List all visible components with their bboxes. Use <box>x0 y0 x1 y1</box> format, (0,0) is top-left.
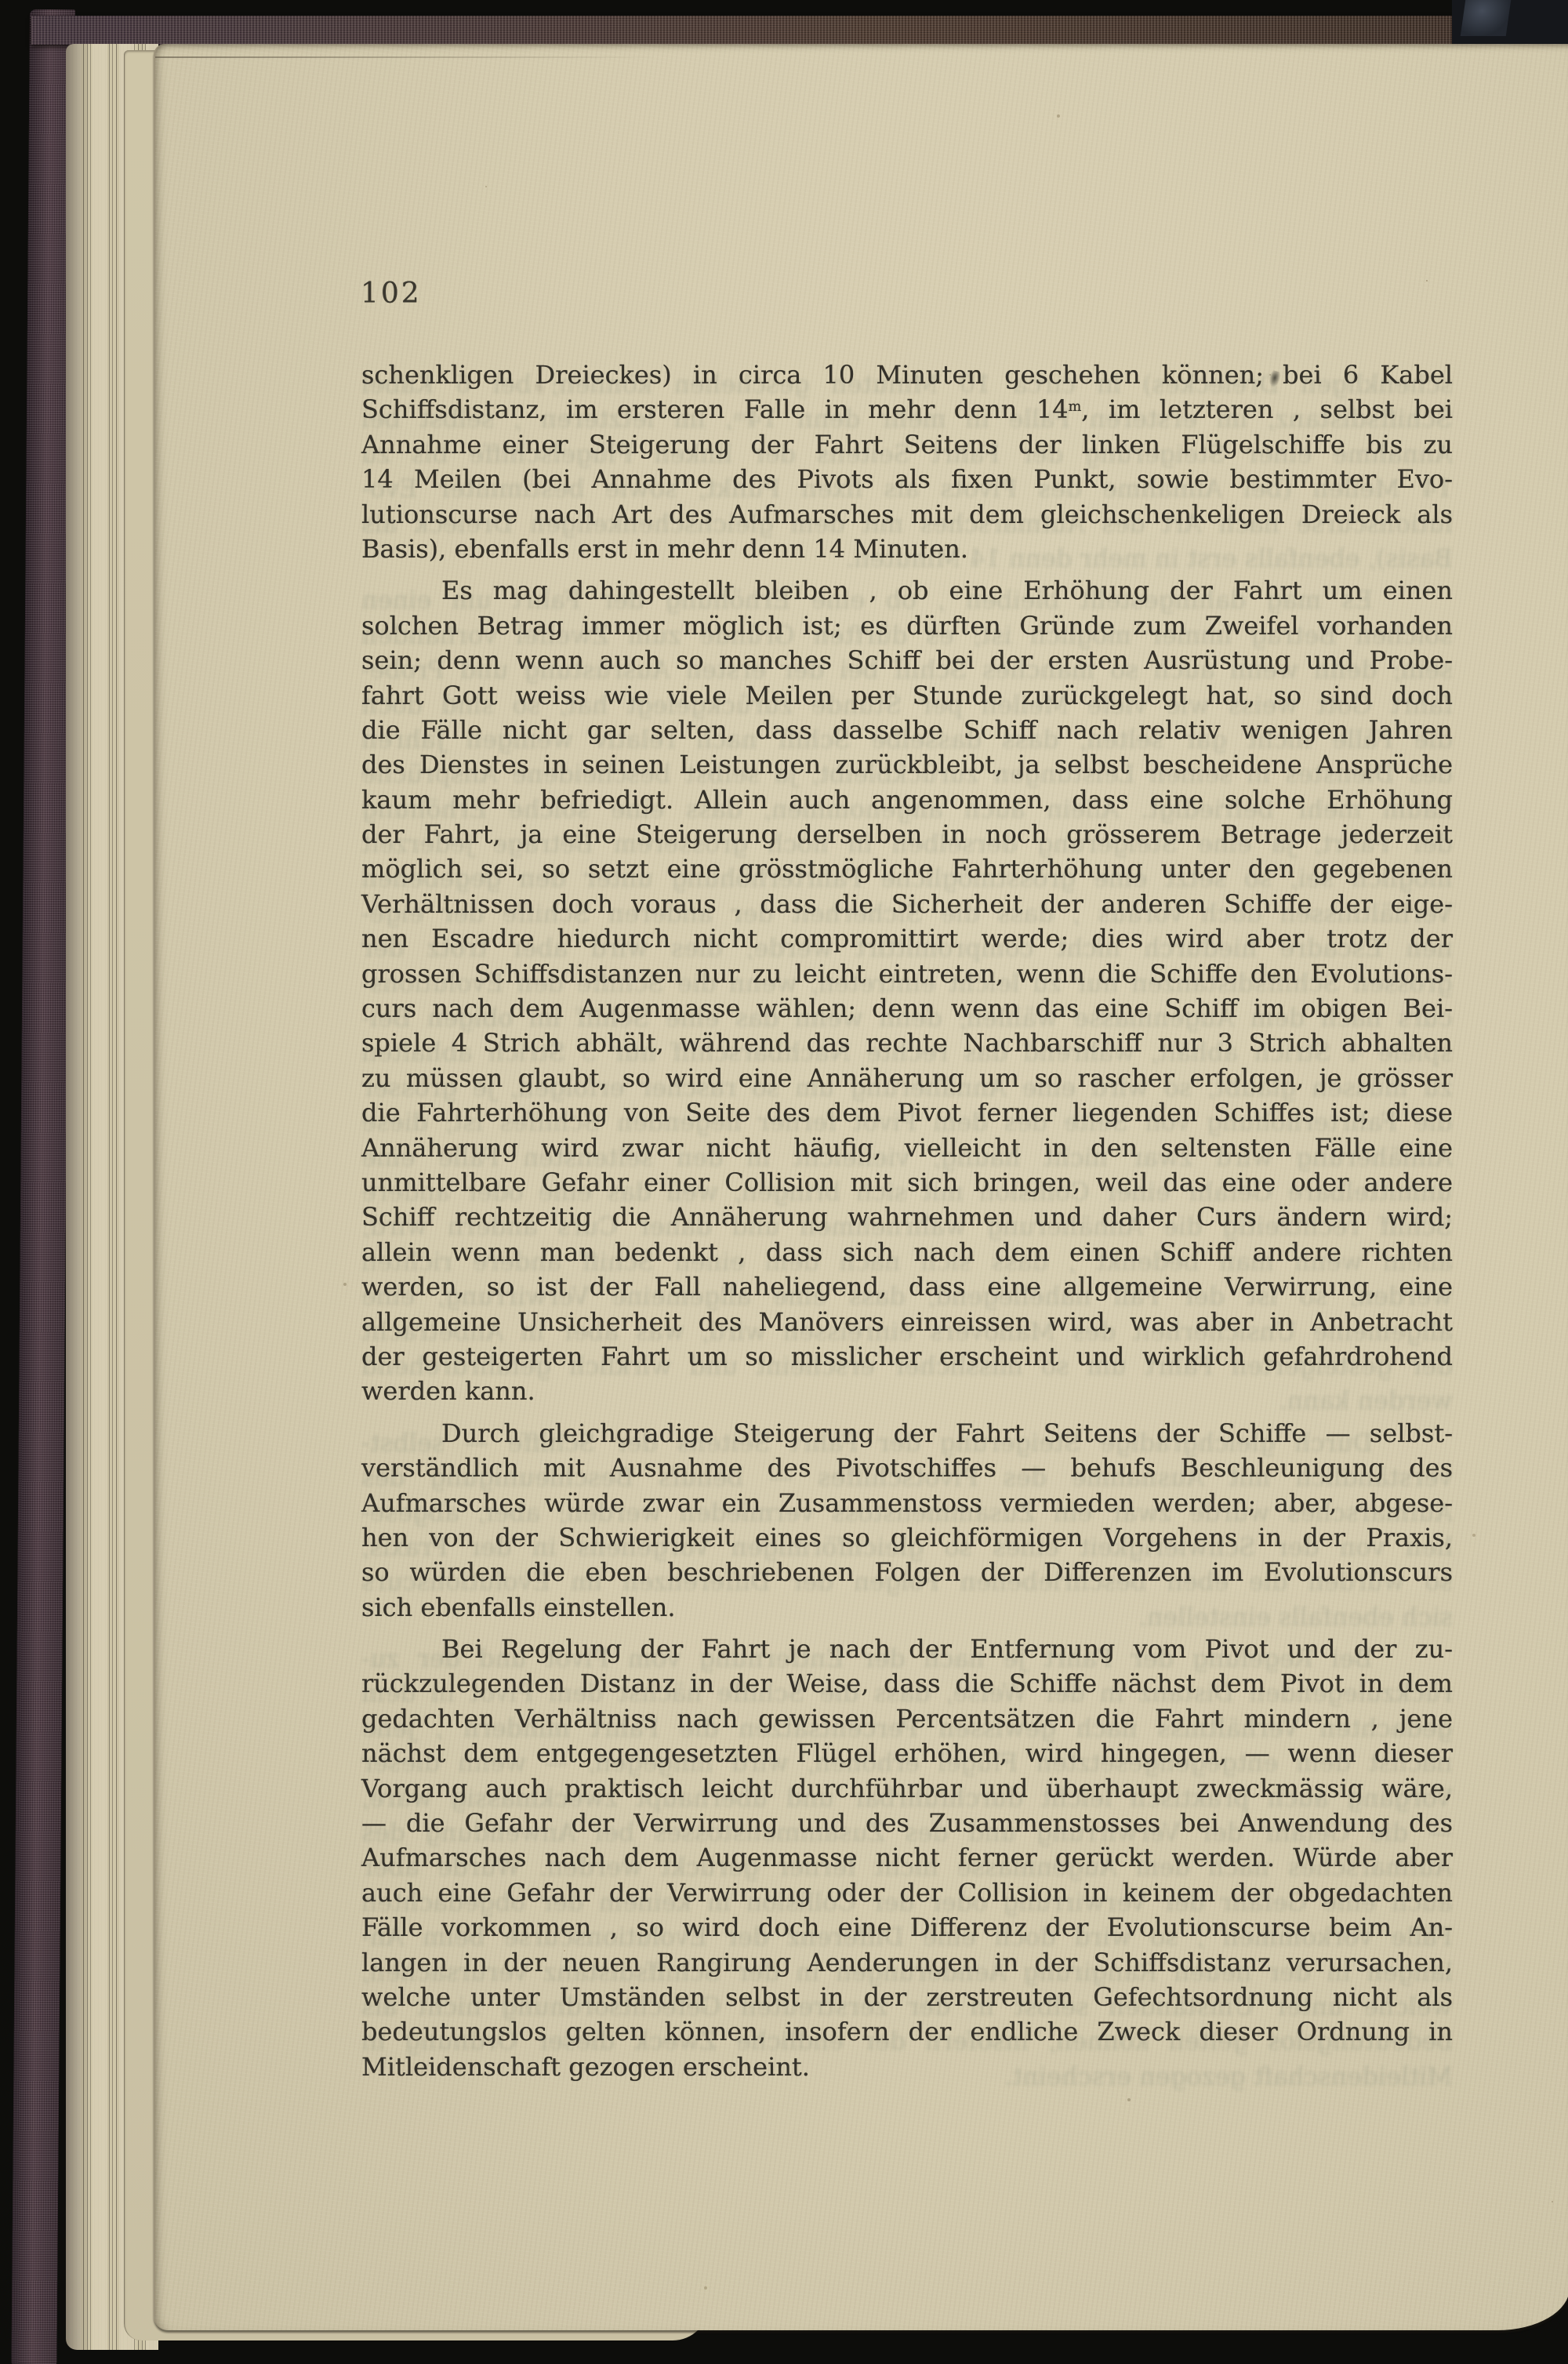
text-line: auch eine Gefahr der Verwirrung oder der… <box>361 1876 1453 1910</box>
text-line: Schiff rechtzeitig die Annäherung wahrne… <box>361 1200 1453 1234</box>
superscript-unit: m <box>1069 399 1082 415</box>
text-line: 14 Meilen (bei Annahme des Pivots als fi… <box>361 462 1453 496</box>
text-line: Mitleidenschaft gezogen erscheint. <box>361 2050 1453 2084</box>
text-line: nen Escadre hiedurch nicht compromittirt… <box>361 921 1453 956</box>
text-line: Vorgang auch praktisch leicht durchführb… <box>361 1771 1453 1806</box>
text-line: schenkligen Dreieckes) in circa 10 Minut… <box>361 358 1453 392</box>
text-line: werden kann. <box>361 1374 1453 1408</box>
text-line: Annahme einer Steigerung der Fahrt Seite… <box>361 427 1453 462</box>
text-line: kaum mehr befriedigt. Allein auch angeno… <box>361 783 1453 817</box>
paragraph: Es mag dahingestellt bleiben , ob eine E… <box>361 573 1453 1408</box>
text-line: hen von der Schwierigkeit eines so gleic… <box>361 1520 1453 1555</box>
text-line: Schiffsdistanz, im ersteren Falle in meh… <box>361 392 1453 427</box>
text-line: unmittelbare Gefahr einer Collision mit … <box>361 1165 1453 1200</box>
text-line: curs nach dem Augenmasse wählen; denn we… <box>361 991 1453 1026</box>
text-line: die Fälle nicht gar selten, dass dasselb… <box>361 713 1453 747</box>
text-line: allein wenn man bedenkt , dass sich nach… <box>361 1235 1453 1269</box>
text-line: grossen Schiffsdistanzen nur zu leicht e… <box>361 957 1453 991</box>
text-line: die Fahrterhöhung von Seite des dem Pivo… <box>361 1095 1453 1130</box>
text-line: zu müssen glaubt, so wird eine Annäherun… <box>361 1061 1453 1095</box>
ink-blot <box>1266 369 1282 389</box>
text-line: welche unter Umständen selbst in der zer… <box>361 1980 1453 2014</box>
book-cover-top-edge <box>31 16 1568 45</box>
text-line: fahrt Gott weiss wie viele Meilen per St… <box>361 678 1453 713</box>
text-line: des Dienstes in seinen Leistungen zurück… <box>361 747 1453 782</box>
text-line: Aufmarsches würde zwar ein Zusammenstoss… <box>361 1486 1453 1520</box>
text-line: bedeutungslos gelten können, insofern de… <box>361 2014 1453 2049</box>
text-line: — die Gefahr der Verwirrung und des Zusa… <box>361 1806 1453 1840</box>
text-line: solchen Betrag immer möglich ist; es dür… <box>361 608 1453 643</box>
text-line: sein; denn wenn auch so manches Schiff b… <box>361 643 1453 677</box>
text-line: Durch gleichgradige Steigerung der Fahrt… <box>361 1416 1453 1451</box>
text-line: sich ebenfalls einstellen. <box>361 1590 1453 1625</box>
text-line: der Fahrt, ja eine Steigerung derselben … <box>361 817 1453 852</box>
text-line: Es mag dahingestellt bleiben , ob eine E… <box>361 573 1453 608</box>
text-line: Annäherung wird zwar nicht häufig, viell… <box>361 1131 1453 1165</box>
text-line: so würden die eben beschriebenen Folgen … <box>361 1555 1453 1589</box>
text-line: werden, so ist der Fall naheliegend, das… <box>361 1269 1453 1304</box>
text-line: nächst dem entgegengesetzten Flügel erhö… <box>361 1736 1453 1770</box>
text-line: lutionscurse nach Art des Aufmarsches mi… <box>361 497 1453 532</box>
text-line: langen in der neuen Rangirung Aenderunge… <box>361 1945 1453 1980</box>
paragraph: Durch gleichgradige Steigerung der Fahrt… <box>361 1416 1453 1625</box>
text-block: schenkligen Dreieckes) in circa 10 Minut… <box>361 358 1453 2084</box>
text-line: Fälle vorkommen , so wird doch eine Diff… <box>361 1910 1453 1945</box>
text-line: Aufmarsches nach dem Augenmasse nicht fe… <box>361 1840 1453 1875</box>
page-number: 102 <box>361 278 422 310</box>
text-line: verständlich mit Ausnahme des Pivotschif… <box>361 1451 1453 1485</box>
paragraph: Bei Regelung der Fahrt je nach der Entfe… <box>361 1632 1453 2084</box>
text-line: rückzulegenden Distanz in der Weise, das… <box>361 1666 1453 1701</box>
text-line: spiele 4 Strich abhält, während das rech… <box>361 1026 1453 1060</box>
text-line: der gesteigerten Fahrt um so misslicher … <box>361 1339 1453 1374</box>
text-line: möglich sei, so setzt eine grösstmöglich… <box>361 852 1453 886</box>
text-line: Verhältnissen doch voraus , dass die Sic… <box>361 887 1453 921</box>
text-line: allgemeine Unsicherheit des Manövers ein… <box>361 1305 1453 1339</box>
text-line: Bei Regelung der Fahrt je nach der Entfe… <box>361 1632 1453 1666</box>
text-line: gedachten Verhältniss nach gewissen Perc… <box>361 1701 1453 1736</box>
dark-corner-object <box>1452 0 1568 47</box>
paragraph: schenkligen Dreieckes) in circa 10 Minut… <box>361 358 1453 566</box>
text-line: Basis), ebenfalls erst in mehr denn 14 M… <box>361 532 1453 566</box>
scanned-book-photo: 102 schenkligen Dreieckes) in circa 10 M… <box>0 0 1568 2364</box>
book-page: 102 schenkligen Dreieckes) in circa 10 M… <box>154 44 1568 2330</box>
